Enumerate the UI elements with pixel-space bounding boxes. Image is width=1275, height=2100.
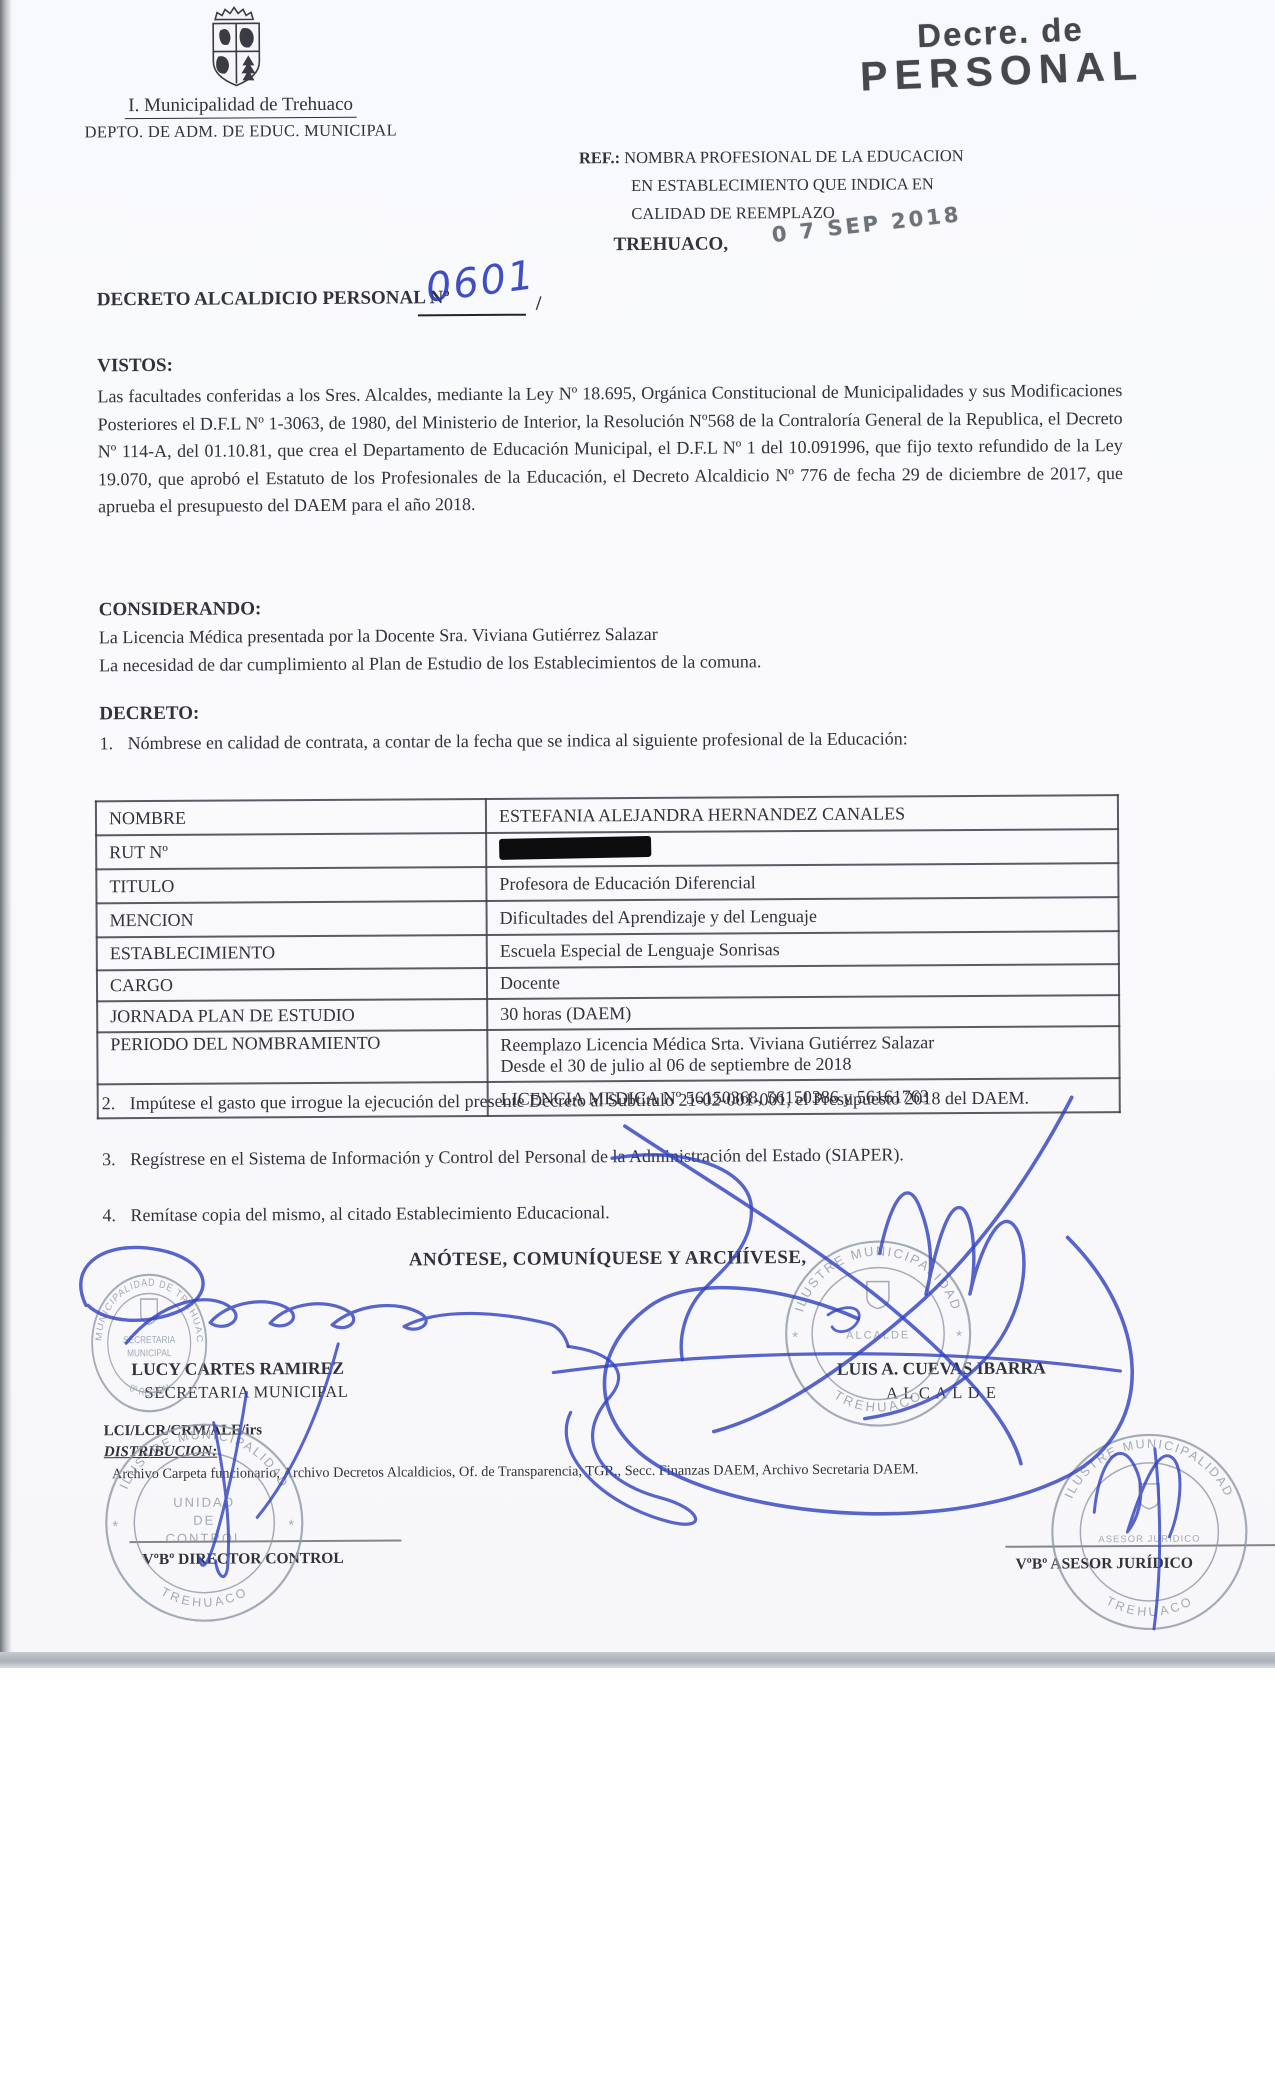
control-stamp-arc-bottom: TREHUACO <box>158 1584 251 1610</box>
row-label: JORNADA PLAN DE ESTUDIO <box>97 999 487 1032</box>
city-label: TREHUACO, <box>613 233 728 256</box>
row-value: Profesora de Educación Diferencial <box>486 863 1118 901</box>
control-stamp-line3: CONTROL <box>166 1530 244 1545</box>
decree-number-slash: / <box>536 293 542 316</box>
juridico-stamp-arc-bottom: TREHUACO <box>1104 1593 1197 1619</box>
row-label: NOMBRE <box>96 799 486 835</box>
decreto-item-3: 3.Regístrese en el Sistema de Informació… <box>102 1140 1152 1174</box>
stamp-star-right: * <box>288 1517 294 1534</box>
stamp-star-right: * <box>956 1328 962 1345</box>
considerando-line2: La necesidad de dar cumplimiento al Plan… <box>99 651 761 676</box>
asesor-juridico-signature-ink <box>1094 1449 1181 1630</box>
department-name: DEPTO. DE ADM. DE EDUC. MUNICIPAL <box>56 120 426 142</box>
appointment-table: NOMBRE ESTEFANIA ALEJANDRA HERNANDEZ CAN… <box>95 794 1121 1119</box>
municipal-coat-of-arms-icon <box>203 4 270 96</box>
row-value: Docente <box>487 964 1119 999</box>
juridico-stamp-arc-top: ILUSTRE MUNICIPALIDAD <box>1062 1436 1237 1500</box>
item-2-number: 2. <box>102 1090 130 1118</box>
vistos-heading: VISTOS: <box>97 355 173 377</box>
initials-line: LCI/LCR/CRM/ALE/irs <box>104 1422 262 1440</box>
distribution-text: Archivo Carpeta funcionario, Archivo Dec… <box>112 1461 919 1483</box>
stamp-emblem-shield <box>141 1299 158 1324</box>
approval-asesor-juridico: VºBº ASESOR JURÍDICO <box>1016 1555 1193 1574</box>
secretaria-stamp-arc-top: I. MUNICIPALIDAD DE TREHUACO <box>94 1277 205 1347</box>
asesor-juridico-signature-line <box>1005 1544 1275 1548</box>
distribution-label: DISTRIBUCION: <box>104 1444 217 1462</box>
stamp-emblem-shield <box>867 1282 889 1309</box>
row-label: PERIODO DEL NOMBRAMIENTO <box>97 1030 487 1084</box>
row-value: ESTEFANIA ALEJANDRA HERNANDEZ CANALES <box>486 795 1118 833</box>
considerando-heading: CONSIDERANDO: <box>99 598 262 621</box>
scan-left-edge-shadow <box>0 0 12 1652</box>
decree-number-label: DECRETO ALCALDICIO PERSONAL Nº <box>97 287 450 311</box>
decree-number-underline <box>418 314 526 317</box>
svg-text:I. MUNICIPALIDAD DE TREHUACO: I. MUNICIPALIDAD DE TREHUACO <box>94 1277 205 1347</box>
stamp-emblem-shield <box>1139 1484 1159 1509</box>
rut-redaction-bar <box>499 836 651 860</box>
header-block: I. Municipalidad de Trehuaco DEPTO. DE A… <box>56 93 426 142</box>
closing-formula: ANÓTESE, COMUNÍQUESE Y ARCHÍVESE, <box>338 1247 878 1272</box>
item-1-number: 1. <box>99 730 127 758</box>
secretary-signature-ink <box>81 1245 570 1578</box>
decreto-item-4: 4.Remítase copia del mismo, al citado Es… <box>102 1196 1152 1230</box>
svg-text:TREHUACO: TREHUACO <box>1104 1593 1197 1619</box>
item-3-number: 3. <box>102 1146 130 1174</box>
approval-director-control: VºBº DIRECTOR CONTROL <box>142 1550 343 1569</box>
table-row: PERIODO DEL NOMBRAMIENTO Reemplazo Licen… <box>97 1026 1119 1084</box>
row-label: TITULO <box>96 867 486 903</box>
control-stamp-line1: UNIDAD <box>173 1495 235 1510</box>
row-value <box>486 829 1118 867</box>
scanned-decree-page: { "doc": { "header": { "municipality": "… <box>0 0 1275 2100</box>
scanned-paper: I. Municipalidad de Trehuaco DEPTO. DE A… <box>0 0 1275 1652</box>
svg-text:ILUSTRE MUNICIPALIDAD: ILUSTRE MUNICIPALIDAD <box>1062 1436 1237 1500</box>
secretaria-stamp-line1: SECRETARIA <box>123 1334 176 1345</box>
row-label: RUT Nº <box>96 833 486 869</box>
ref-label: REF.: <box>579 148 620 167</box>
stamp-star-left: * <box>112 1518 118 1535</box>
document-content: I. Municipalidad de Trehuaco DEPTO. DE A… <box>0 0 1275 1652</box>
personal-rubber-stamp: Decre. de PERSONAL <box>855 8 1148 101</box>
secretary-title: SECRETARIA MUNICIPAL <box>144 1382 348 1403</box>
vistos-paragraph: Las facultades conferidas a los Sres. Al… <box>97 377 1123 521</box>
row-value: Reemplazo Licencia Médica Srta. Viviana … <box>487 1026 1119 1082</box>
decreto-item-1: 1.Nómbrese en calidad de contrata, a con… <box>99 724 1149 758</box>
control-stamp-line2: DE <box>193 1513 215 1528</box>
director-control-signature-line <box>129 1539 401 1543</box>
decreto-heading: DECRETO: <box>99 703 199 726</box>
row-label: CARGO <box>97 968 487 1001</box>
secretaria-stamp-line2: MUNICIPAL <box>127 1347 171 1358</box>
asesor-juridico-stamp: ILUSTRE MUNICIPALIDAD ASESOR JURIDICO TR… <box>1052 1434 1247 1629</box>
scan-bottom-edge-shadow <box>0 1652 1275 1668</box>
municipality-name: I. Municipalidad de Trehuaco <box>124 94 357 119</box>
row-value: 30 horas (DAEM) <box>487 995 1119 1030</box>
stamp-star-left: * <box>792 1329 798 1346</box>
considerando-line1: La Licencia Médica presentada por la Doc… <box>99 624 658 648</box>
mayor-title: A L C A L D E <box>841 1383 1041 1404</box>
row-label: MENCION <box>97 901 487 937</box>
item-4-number: 4. <box>102 1202 130 1230</box>
ref-line1: REF.: NOMBRA PROFESIONAL DE LA EDUCACION <box>579 146 964 168</box>
juridico-stamp-center: ASESOR JURIDICO <box>1098 1534 1200 1546</box>
mayor-name: LUIS A. CUEVAS IBARRA <box>826 1357 1056 1379</box>
row-value: Escuela Especial de Lenguaje Sonrisas <box>487 931 1119 968</box>
svg-text:TREHUACO: TREHUACO <box>158 1584 251 1610</box>
row-label: ESTABLECIMIENTO <box>97 935 487 970</box>
handwritten-decree-number: 0601 <box>423 252 538 312</box>
alcalde-stamp-center: ALCALDE <box>846 1329 910 1341</box>
secretary-name: LUCY CARTES RAMIREZ <box>131 1358 344 1380</box>
ref-line2: EN ESTABLECIMIENTO QUE INDICA EN <box>631 174 934 196</box>
row-value: Dificultades del Aprendizaje y del Lengu… <box>487 897 1119 935</box>
periodo-line2: Desde el 30 de julio al 06 de septiembre… <box>500 1052 1110 1077</box>
